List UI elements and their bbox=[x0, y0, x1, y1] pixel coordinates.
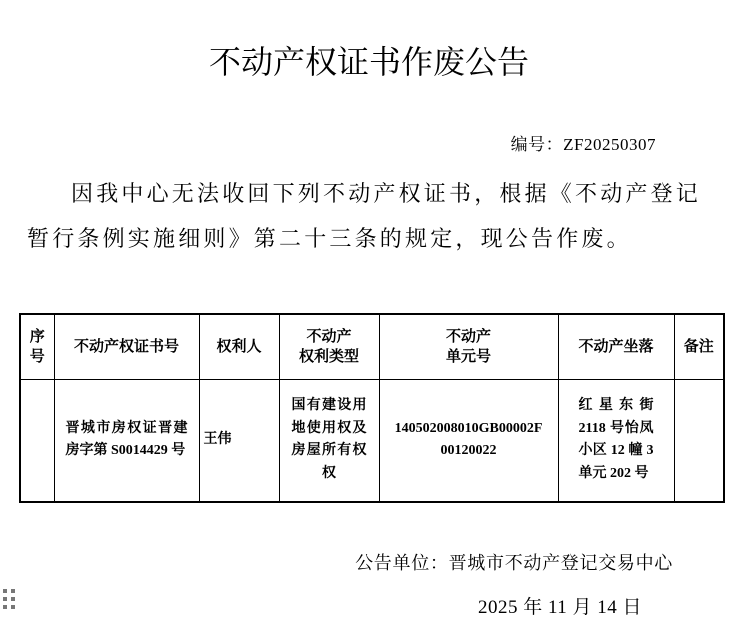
dots-row bbox=[3, 597, 19, 601]
col-header-location: 不动产坐落 bbox=[558, 314, 674, 379]
table-header: 序 号 不动产权证书号 权利人 不动产 权利类型 不动产 单元号 不动产坐落 备… bbox=[20, 314, 724, 379]
dot bbox=[11, 589, 15, 593]
col-header-unit-no: 不动产 单元号 bbox=[379, 314, 558, 379]
col-header-right-type: 不动产 权利类型 bbox=[279, 314, 379, 379]
cell-unit-no: 140502008010GB00002F00120022 bbox=[379, 379, 558, 502]
issuer-line: 公告单位：晋城市不动产登记交易中心 bbox=[355, 551, 673, 575]
col-header-remark: 备注 bbox=[674, 314, 724, 379]
cell-location: 红星东街 2118 号怡凤小区 12 幢 3 单元 202 号 bbox=[558, 379, 674, 502]
table-body: 晋城市房权证晋建房字第 S0014429 号 王伟 国有建设用地使用权及房屋所有… bbox=[20, 379, 724, 502]
cell-index bbox=[20, 379, 54, 502]
document-page: 不动产权证书作废公告 编号：ZF20250307 因我中心无法收回下列不动产权证… bbox=[0, 0, 738, 643]
dots-row bbox=[3, 605, 19, 609]
header-row: 序 号 不动产权证书号 权利人 不动产 权利类型 不动产 单元号 不动产坐落 备… bbox=[20, 314, 724, 379]
col-header-index: 序 号 bbox=[20, 314, 54, 379]
dot bbox=[11, 597, 15, 601]
dot bbox=[11, 605, 15, 609]
certificate-cancellation-table: 序 号 不动产权证书号 权利人 不动产 权利类型 不动产 单元号 不动产坐落 备… bbox=[19, 313, 725, 503]
dot bbox=[3, 589, 7, 593]
dots-grid-icon bbox=[3, 589, 19, 613]
date-line: 2025 年 11 月 14 日 bbox=[478, 595, 642, 620]
dot bbox=[3, 597, 7, 601]
cell-cert-no: 晋城市房权证晋建房字第 S0014429 号 bbox=[54, 379, 199, 502]
document-title: 不动产权证书作废公告 bbox=[0, 44, 738, 81]
cell-right-type: 国有建设用地使用权及房屋所有权权 bbox=[279, 379, 379, 502]
table-row: 晋城市房权证晋建房字第 S0014429 号 王伟 国有建设用地使用权及房屋所有… bbox=[20, 379, 724, 502]
dots-row bbox=[3, 589, 19, 593]
col-header-holder: 权利人 bbox=[199, 314, 279, 379]
cell-holder: 王伟 bbox=[199, 379, 279, 502]
body-paragraph: 因我中心无法收回下列不动产权证书，根据《不动产登记暂行条例实施细则》第二十三条的… bbox=[27, 171, 719, 261]
dot bbox=[3, 605, 7, 609]
doc-number: 编号：ZF20250307 bbox=[511, 134, 656, 156]
col-header-cert-no: 不动产权证书号 bbox=[54, 314, 199, 379]
cell-remark bbox=[674, 379, 724, 502]
